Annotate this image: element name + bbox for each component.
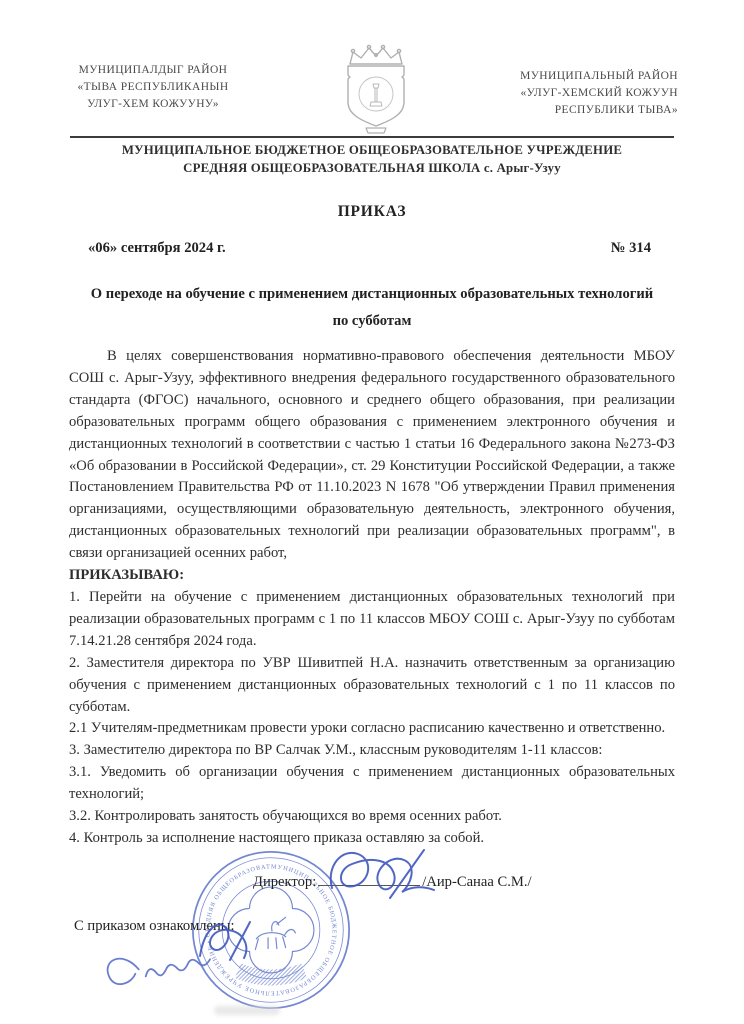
organization-name: МУНИЦИПАЛЬНОЕ БЮДЖЕТНОЕ ОБЩЕОБРАЗОВАТЕЛЬ… (40, 141, 704, 177)
resolve-word: ПРИКАЗЫВАЮ: (69, 565, 675, 587)
order-subject-line2: по субботам (40, 308, 704, 335)
acknowledgement-label: С приказом ознакомлены: (74, 918, 235, 935)
scanned-order-document: МУНИЦИПАЛДЫГ РАЙОН «ТЫВА РЕСПУБЛИКАНЫН У… (0, 0, 744, 1024)
coat-of-arms-icon (336, 44, 416, 134)
preamble-paragraph: В целях совершенствования нормативно-пра… (69, 346, 675, 565)
organization-name-line2: СРЕДНЯЯ ОБЩЕОБРАЗОВАТЕЛЬНАЯ ШКОЛА с. Ары… (40, 159, 704, 177)
director-signature-row: Директор:/Аир-Санаа С.М./ (253, 872, 532, 891)
order-meta-row: «06» сентября 2024 г. № 314 (69, 240, 675, 257)
organization-name-line1: МУНИЦИПАЛЬНОЕ БЮДЖЕТНОЕ ОБЩЕОБРАЗОВАТЕЛЬ… (40, 141, 704, 159)
order-subject-line1: О переходе на обучение с применением дис… (40, 281, 704, 308)
scan-smudge (214, 1006, 280, 1015)
letterhead-right-line: МУНИЦИПАЛЬНЫЙ РАЙОН (478, 68, 678, 85)
order-date: «06» сентября 2024 г. (69, 240, 226, 257)
letterhead-left-line: «ТЫВА РЕСПУБЛИКАНЫН (60, 79, 246, 96)
letterhead-right-line: «УЛУГ-ХЕМСКИЙ КОЖУУН (478, 85, 678, 102)
order-item: 1. Перейти на обучение с применением дис… (69, 587, 675, 653)
director-label: Директор: (253, 874, 316, 890)
order-item: 2.1 Учителям-предметникам провести уроки… (69, 718, 675, 740)
order-item: 3.2. Контролировать занятость обучающихс… (69, 806, 675, 828)
ack-autograph-cursive (106, 946, 212, 986)
order-subject: О переходе на обучение с применением дис… (40, 281, 704, 335)
order-item: 4. Контроль за исполнение настоящего при… (69, 828, 675, 850)
header-divider (70, 136, 674, 138)
order-title: ПРИКАЗ (0, 203, 744, 221)
letterhead-right: МУНИЦИПАЛЬНЫЙ РАЙОН «УЛУГ-ХЕМСКИЙ КОЖУУН… (478, 68, 678, 119)
letterhead-left-line: МУНИЦИПАЛДЫГ РАЙОН (60, 62, 246, 79)
order-item: 3. Заместителю директора по ВР Салчак У.… (69, 740, 675, 762)
director-name: /Аир-Санаа С.М./ (422, 874, 531, 890)
order-item: 2. Заместителя директора по УВР Шивитпей… (69, 653, 675, 719)
letterhead-left: МУНИЦИПАЛДЫГ РАЙОН «ТЫВА РЕСПУБЛИКАНЫН У… (60, 62, 246, 113)
letterhead-left-line: УЛУГ-ХЕМ КОЖУУНУ» (60, 96, 246, 113)
letterhead-right-line: РЕСПУБЛИКИ ТЫВА» (478, 102, 678, 119)
order-body: В целях совершенствования нормативно-пра… (69, 346, 675, 850)
order-number: № 314 (611, 240, 675, 257)
signature-underline (318, 872, 420, 886)
order-item: 3.1. Уведомить об организации обучения с… (69, 762, 675, 806)
